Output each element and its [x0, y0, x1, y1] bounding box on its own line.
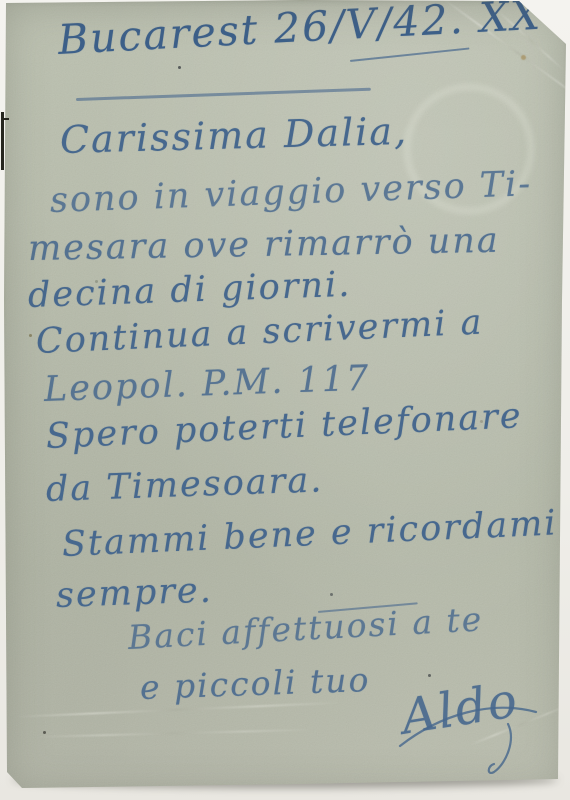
body-line-2: mesara ove rimarrò una — [28, 221, 500, 269]
scan-edge-artifact — [1, 112, 4, 170]
closing-line-2: e piccoli tuo — [139, 660, 371, 707]
scanned-postcard-image: Bucarest 26/V/42. XX Carissima Dalia, so… — [0, 0, 570, 800]
salutation: Carissima Dalia, — [59, 109, 408, 162]
postcard-paper: Bucarest 26/V/42. XX Carissima Dalia, so… — [0, 0, 570, 800]
paper-specks — [0, 0, 3, 3]
body-line-9: sempre. — [55, 571, 213, 616]
